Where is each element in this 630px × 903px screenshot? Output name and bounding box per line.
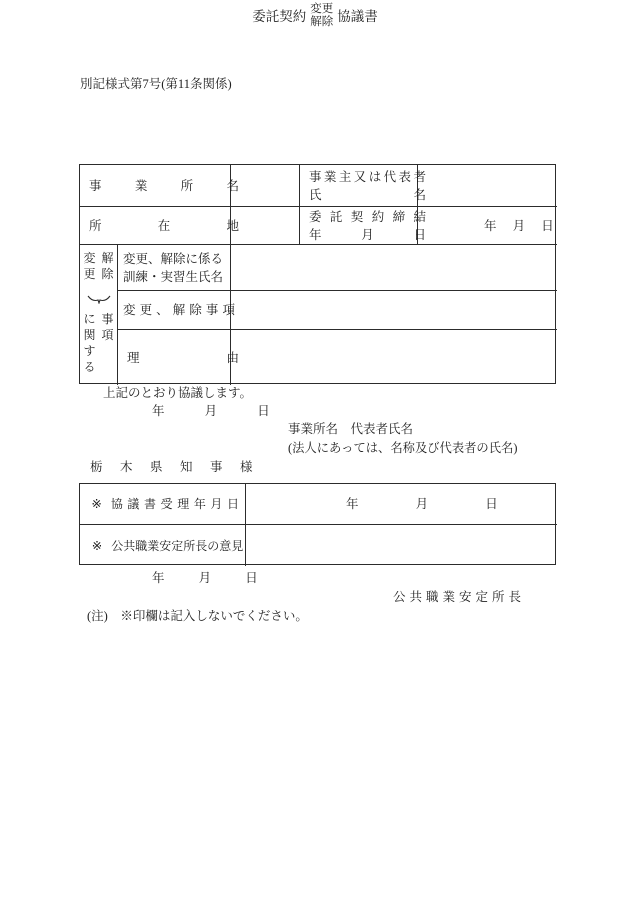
receipt-date-placeholder: 年 月 日 [246, 495, 557, 513]
address-value-cell [231, 207, 300, 245]
address-label: 所 在 地 [80, 217, 248, 235]
receipt-date-label-cell: ※ 協議書受理年月日 [80, 484, 246, 525]
title-prefix: 委託契約 [252, 9, 306, 24]
trainee-name-label-cell: 変更、解除に係る 訓練・実習生氏名 [118, 245, 231, 291]
addressee: 栃木県知事様 [90, 460, 270, 475]
brace-icon [86, 294, 112, 304]
agreement-date-line: 年 月 日 [152, 404, 270, 419]
reference-mark: ※ [91, 495, 101, 513]
section-label-line: る [84, 359, 114, 375]
signer-line: 事業所名 代表者氏名 [288, 422, 413, 437]
agreement-text: 上記のとおり協議します。 [103, 386, 252, 401]
main-table: 事 業 所 名 事業主又は代表者 氏 名 所 在 地 委 託 契 約 締 結 年… [79, 164, 556, 384]
form-number: 別記様式第7号(第11条関係) [80, 77, 232, 92]
change-items-value-cell [231, 291, 557, 330]
owner-name-label-cell: 事業主又は代表者 氏 名 [300, 165, 418, 207]
title-change-cancel-stack: 変更 解除 [310, 3, 333, 29]
footer-date-line: 年 月 日 [152, 571, 258, 586]
trainee-name-label-line1: 変更、解除に係る [118, 250, 230, 268]
reason-label-cell: 理 由 [118, 330, 231, 385]
scanned-form-page: 別記様式第7号(第11条関係) 委託契約 変更 解除 協議書 事 業 所 名 事… [0, 0, 630, 903]
trainee-name-label-line2: 訓練・実習生氏名 [118, 268, 230, 286]
opinion-label-cell: ※ 公共職業安定所長の意見 [80, 525, 246, 566]
contract-date-value-cell: 年 月 日 [418, 207, 557, 245]
section-label-line: に 事 [84, 311, 114, 327]
signature-title: 公共職業安定所長 [393, 590, 525, 605]
title-stack-cancel: 解除 [310, 16, 333, 29]
footer-note: (注) ※印欄は記入しないでください。 [87, 609, 308, 624]
business-name-label: 事 業 所 名 [80, 177, 248, 195]
section-label-line: 関 項 [84, 327, 114, 343]
owner-name-value-cell [418, 165, 557, 207]
business-name-label-cell: 事 業 所 名 [80, 165, 231, 207]
reason-value-cell [231, 330, 557, 385]
document-title: 委託契約 変更 解除 協議書 [0, 0, 630, 32]
reason-label: 理 由 [118, 349, 248, 367]
receipt-date-label: 協議書受理年月日 [111, 495, 244, 513]
owner-name-label-line2: 氏 名 [300, 186, 432, 204]
owner-name-label-line1: 事業主又は代表者 [300, 168, 432, 186]
title-suffix: 協議書 [337, 9, 378, 24]
opinion-value-cell [246, 525, 557, 566]
section-label-line: す [84, 343, 114, 359]
contract-date-placeholder: 年 月 日 [418, 217, 557, 235]
office-use-table: ※ 協議書受理年月日 年 月 日 ※ 公共職業安定所長の意見 [79, 483, 556, 565]
contract-date-label-cell: 委 託 契 約 締 結 年 月 日 [300, 207, 418, 245]
contract-date-label-line1: 委 託 契 約 締 結 [300, 208, 432, 226]
signer-note: (法人にあっては、名称及び代表者の氏名) [288, 441, 517, 456]
business-name-value-cell [231, 165, 300, 207]
section-label-line: 変 解 [84, 250, 114, 266]
change-items-label-cell: 変 更 、 解 除 事 項 [118, 291, 231, 330]
section-label-vertical: 変 解 更 除 に 事 関 項 す る [80, 245, 118, 385]
receipt-date-value-cell: 年 月 日 [246, 484, 557, 525]
trainee-name-value-cell [231, 245, 557, 291]
reference-mark: ※ [92, 537, 102, 555]
opinion-label: 公共職業安定所長の意見 [111, 537, 243, 555]
title-stack-change: 変更 [310, 3, 333, 16]
contract-date-label-line2: 年 月 日 [300, 226, 432, 244]
section-label-line: 更 除 [84, 266, 114, 282]
address-label-cell: 所 在 地 [80, 207, 231, 245]
change-items-label: 変 更 、 解 除 事 項 [118, 301, 240, 319]
